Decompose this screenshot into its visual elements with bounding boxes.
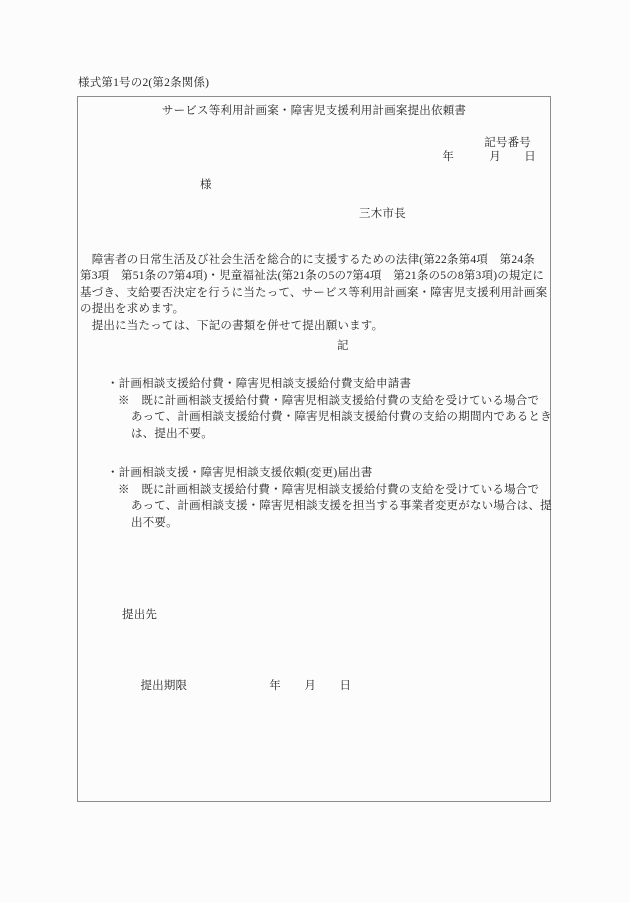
document-title: サービス等利用計画案・障害児支援利用計画案提出依頼書 xyxy=(78,105,550,118)
attachment-2-title: ・計画相談支援・障害児相談支援依頼(変更)届出書 xyxy=(107,467,372,480)
addressee-suffix: 様 xyxy=(200,179,212,192)
reference-number-label: 記号番号 xyxy=(484,137,531,150)
attachment-2-note-line: ※ 既に計画相談支援給付費・障害児相談支援給付費の支給を受けている場合で xyxy=(118,484,539,497)
record-heading: 記 xyxy=(337,340,349,353)
body-line: 提出に当たっては、下記の書類を併せて提出願います。 xyxy=(80,320,383,333)
form-number: 様式第1号の2(第2条関係) xyxy=(78,77,209,90)
attachment-2-note-line: 出不要。 xyxy=(131,517,178,530)
submit-to-label: 提出先 xyxy=(122,609,157,622)
body-line: 第3項 第51条の7第4項)・児童福祉法(第21条の5の7第4項 第21条の5の… xyxy=(80,270,544,283)
deadline-label: 提出期限 xyxy=(140,680,187,692)
attachment-1-note-line: ※ 既に計画相談支援給付費・障害児相談支援給付費の支給を受けている場合で xyxy=(118,395,539,408)
body-line: 障害者の日常生活及び社会生活を総合的に支援するための法律(第22条第4項 第24… xyxy=(80,254,535,267)
attachment-1-note-line: は、提出不要。 xyxy=(131,428,213,441)
document-page: 様式第1号の2(第2条関係) サービス等利用計画案・障害児支援利用計画案提出依頼… xyxy=(0,0,630,903)
document-border-box: サービス等利用計画案・障害児支援利用計画案提出依頼書 記号番号 年 月 日 様 … xyxy=(77,96,551,802)
attachment-2-note-line: あって、計画相談支援・障害児相談支援を担当する事業者変更がない場合は、提 xyxy=(131,500,552,513)
sender-name: 三木市長 xyxy=(359,208,406,221)
deadline-row: 提出期限年 月 日 xyxy=(122,667,351,706)
deadline-date-placeholders: 年 月 日 xyxy=(269,680,351,692)
body-line: の提出を求めます。 xyxy=(80,303,184,316)
attachment-1-title: ・計画相談支援給付費・障害児相談支援給付費支給申請書 xyxy=(107,378,411,391)
date-line: 年 月 日 xyxy=(442,151,536,164)
attachment-1-note-line: あって、計画相談支援給付費・障害児相談支援給付費の支給の期間内であるとき xyxy=(131,411,552,424)
body-line: 基づき、支給要否決定を行うに当たって、サービス等利用計画案・障害児支援利用計画案 xyxy=(80,287,547,300)
